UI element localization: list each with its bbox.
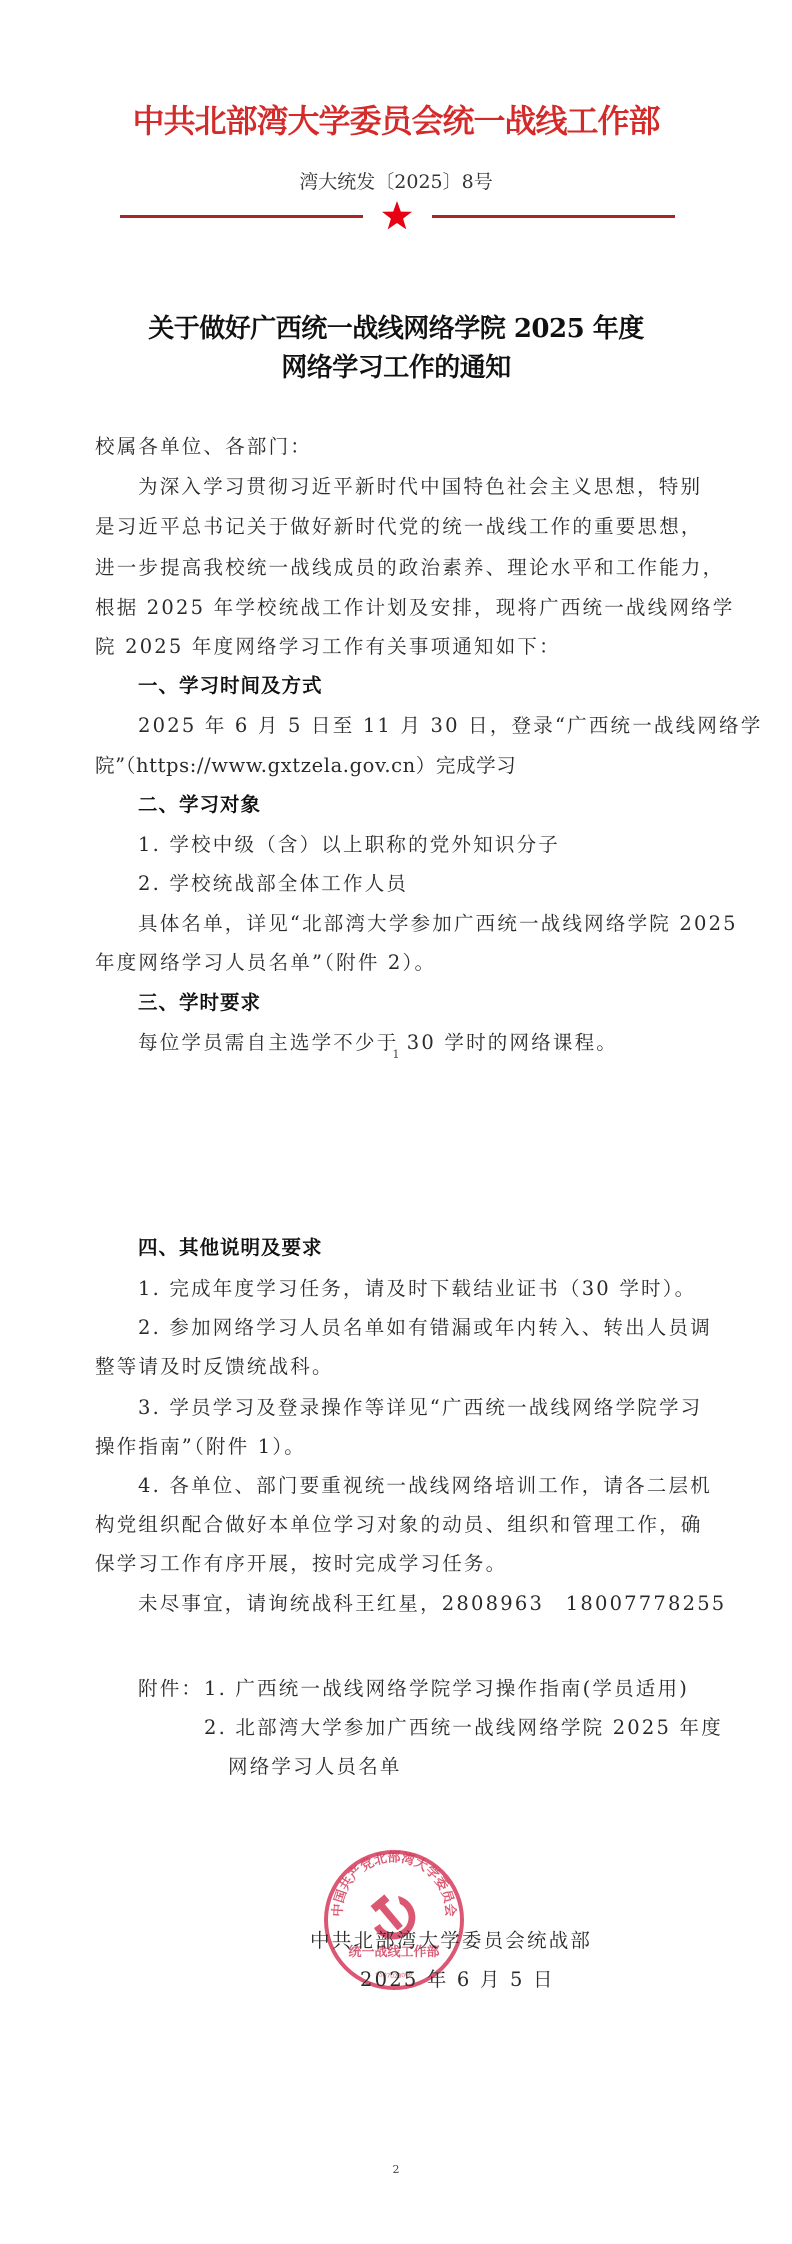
requirement-line: 2. 参加网络学习人员名单如有错漏或年内转入、转出人员调 [138,1315,712,1341]
requirement-line: 3. 学员学习及登录操作等详见“广西统一战线网络学院学习 [138,1395,702,1421]
section-line: 具体名单，详见“北部湾大学参加广西统一战线网络学院 2025 [138,911,738,937]
requirement-line: 1. 完成年度学习任务，请及时下载结业证书（30 学时）。 [138,1276,696,1302]
requirement-line: 整等请及时反馈统战科。 [95,1354,334,1380]
target-item: 2. 学校统战部全体工作人员 [138,871,408,897]
notice-title-line-1: 关于做好广西统一战线网络学院 2025 年度 [0,312,792,346]
section-heading-study-targets: 二、学习对象 [138,792,261,818]
attachment-item: 2. 北部湾大学参加广西统一战线网络学院 2025 年度 [204,1715,723,1741]
svg-text:中国共产党北部湾大学委员会: 中国共产党北部湾大学委员会 [330,1850,459,1917]
salutation: 校属各单位、各部门： [95,434,312,460]
red-star-icon [381,200,413,232]
intro-line: 院 2025 年度网络学习工作有关事项通知如下： [95,634,561,660]
issuing-organization-title: 中共北部湾大学委员会统一战线工作部 [0,100,792,142]
section-heading-hours: 三、学时要求 [138,990,261,1016]
intro-line: 根据 2025 年学校统战工作计划及安排，现将广西统一战线网络学 [95,595,734,621]
attachment-item: 1. 广西统一战线网络学院学习操作指南(学员适用) [204,1676,689,1702]
section-heading-other: 四、其他说明及要求 [138,1235,323,1261]
page-number-1: 1 [0,1048,792,1062]
intro-line: 进一步提高我校统一战线成员的政治素养、理论水平和工作能力， [95,555,724,581]
attachment-item-continued: 网络学习人员名单 [228,1754,402,1780]
intro-line: 为深入学习贯彻习近平新时代中国特色社会主义思想，特别 [138,474,702,500]
header-rule-right [432,215,675,218]
page-number-2: 2 [0,2163,792,2177]
section-heading-study-time: 一、学习时间及方式 [138,673,323,699]
target-item: 1. 学校中级（含）以上职称的党外知识分子 [138,832,560,858]
requirement-line: 构党组织配合做好本单位学习对象的动员、组织和管理工作，确 [95,1512,703,1538]
header-rule-left [120,215,363,218]
section-line: 2025 年 6 月 5 日至 11 月 30 日，登录“广西统一战线网络学 [138,713,762,739]
intro-line: 是习近平总书记关于做好新时代党的统一战线工作的重要思想， [95,514,703,540]
contact-line: 未尽事宜，请询统战科王红星，2808963 18007778255 [138,1591,726,1617]
attachments-label: 附件： [138,1676,203,1702]
notice-title-line-2: 网络学习工作的通知 [0,351,792,385]
requirement-line: 保学习工作有序开展，按时完成学习任务。 [95,1551,507,1577]
section-line-url: 院”（https://www.gxtzela.gov.cn）完成学习 [95,753,516,779]
signature-organization: 中共北部湾大学委员会统战部 [310,1928,592,1954]
requirement-line: 4. 各单位、部门要重视统一战线网络培训工作，请各二层机 [138,1473,712,1499]
requirement-line: 操作指南”（附件 1）。 [95,1434,306,1460]
document-number: 湾大统发〔2025〕8号 [0,170,792,194]
signature-date: 2025 年 6 月 5 日 [360,1967,555,1993]
section-line: 年度网络学习人员名单”（附件 2）。 [95,950,436,976]
